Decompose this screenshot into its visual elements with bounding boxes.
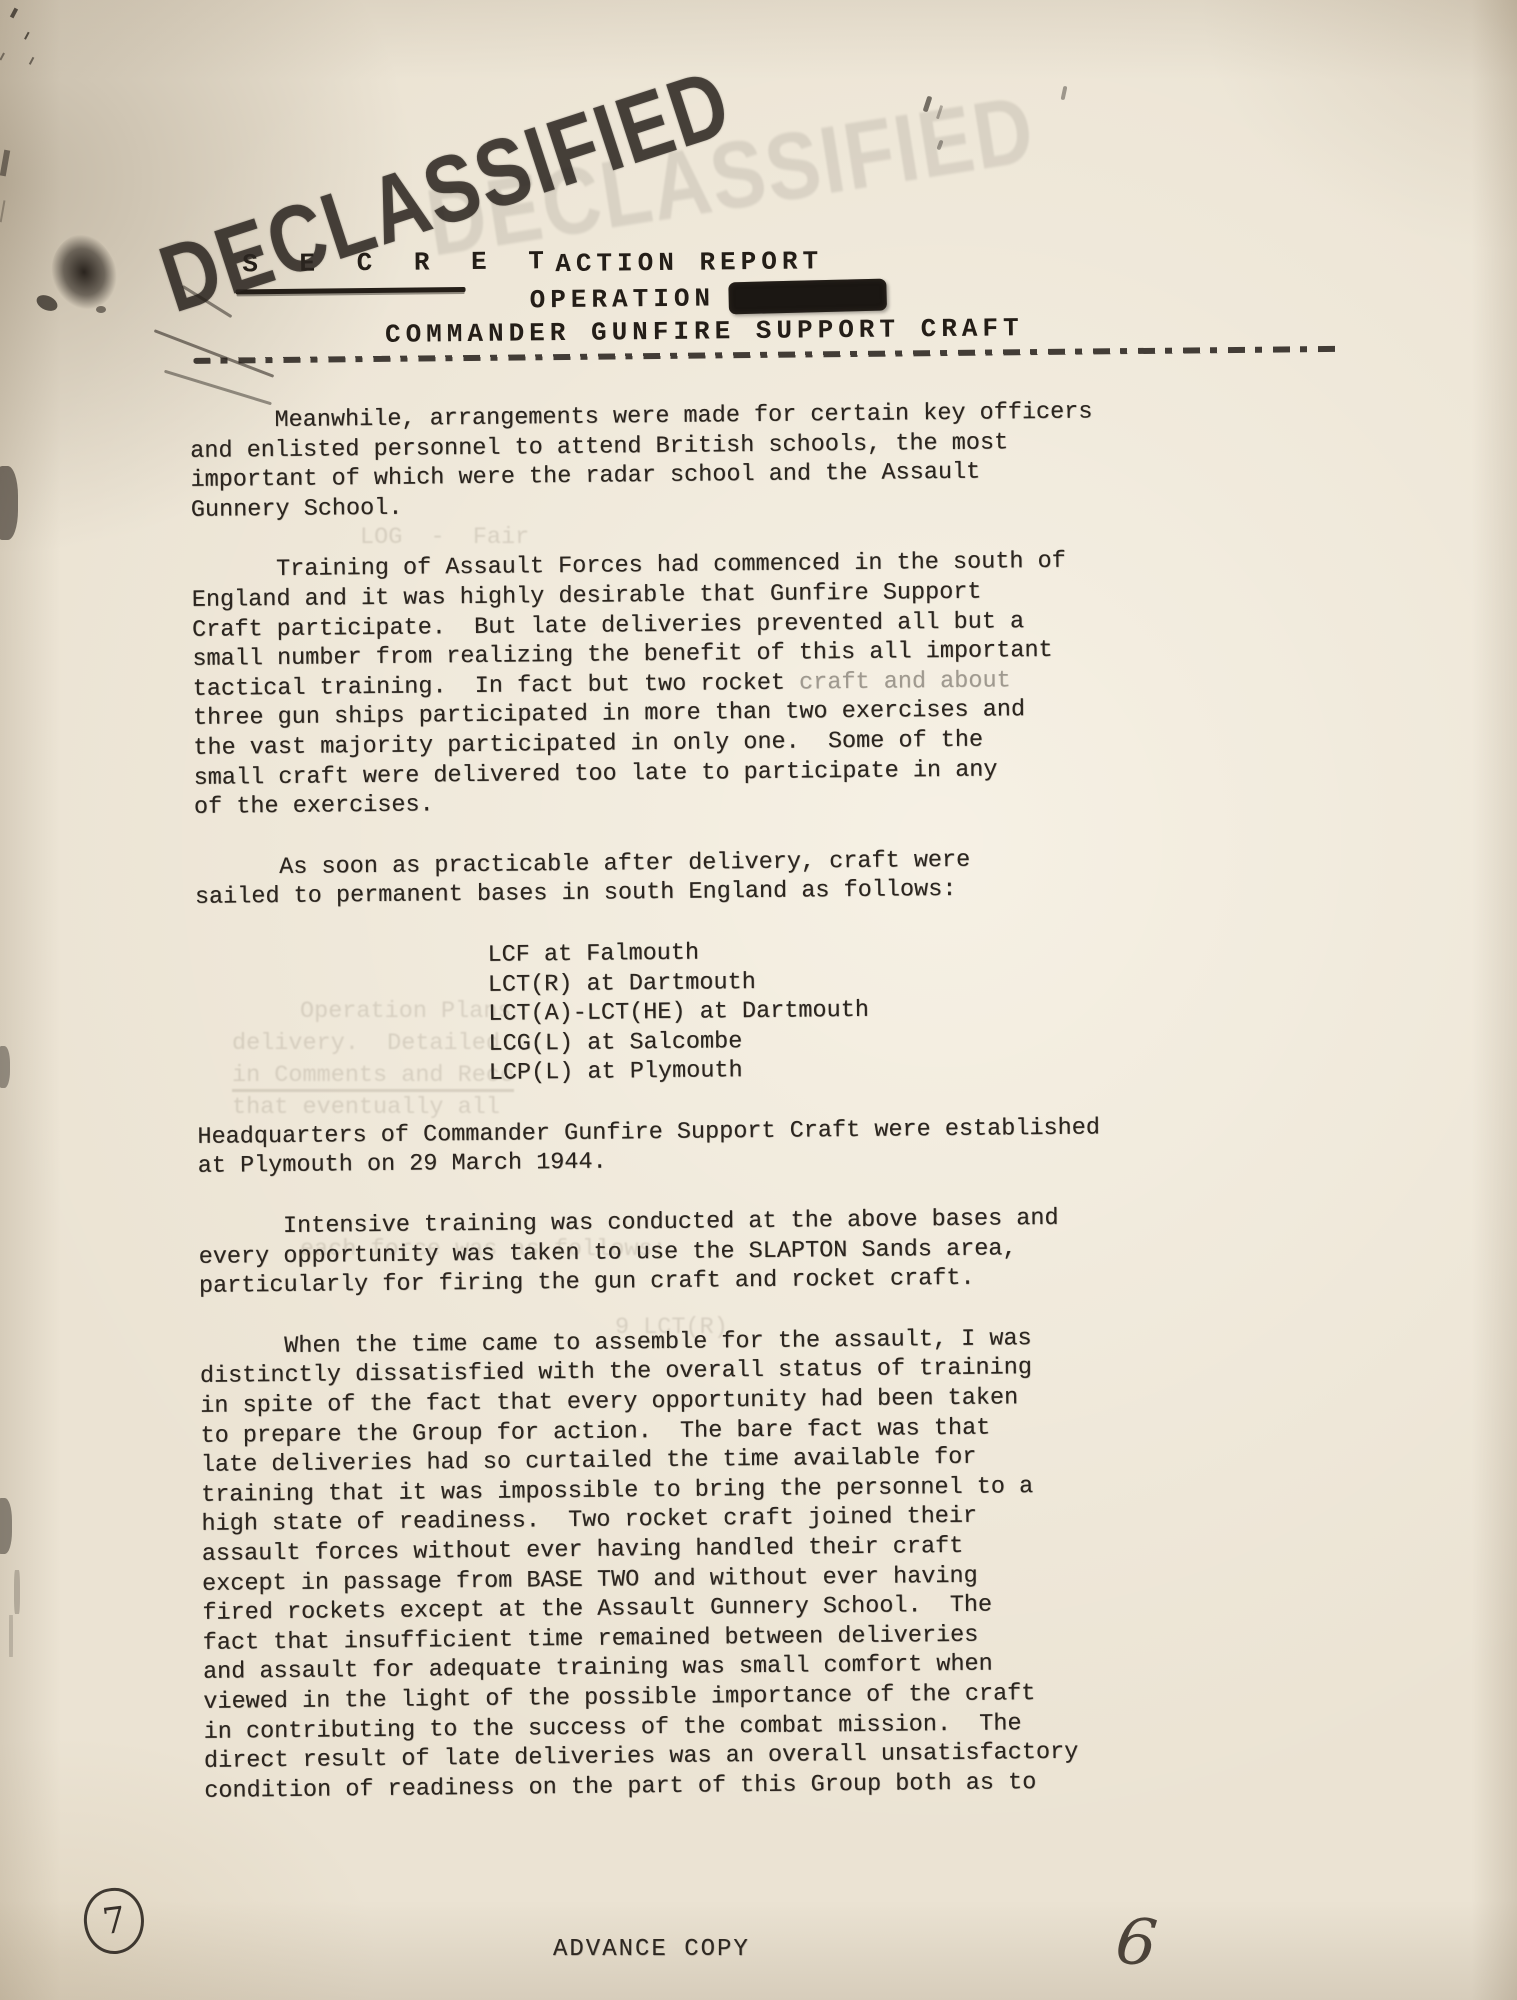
operation-line: OPERATION [529, 280, 887, 316]
paragraph: As soon as practicable after delivery, c… [194, 843, 1195, 913]
document-body: Meanwhile, arrangements were made for ce… [190, 396, 1205, 1837]
paragraph: Intensive training was conducted at the … [198, 1202, 1199, 1301]
paragraph: Training of Assault Forces had commenced… [191, 546, 1194, 823]
advance-copy-label: ADVANCE COPY [553, 1936, 750, 1963]
redaction-bar [729, 279, 888, 315]
operation-label: OPERATION [530, 283, 716, 315]
page-number-handwritten: 6 [1112, 1904, 1160, 1982]
ink-edge-mark [0, 1498, 12, 1554]
ink-smudge [96, 306, 106, 313]
list-item: LCP(L) at Plymouth [489, 1052, 1197, 1089]
dashed-divider [193, 346, 1339, 364]
ink-edge-mark [0, 1046, 10, 1088]
paragraph: Meanwhile, arrangements were made for ce… [190, 396, 1191, 525]
paragraph: When the time came to assemble for the a… [199, 1322, 1204, 1806]
bases-list: LCF at FalmouthLCT(R) at DartmouthLCT(A)… [487, 933, 1197, 1088]
ink-edge-mark [0, 466, 18, 540]
document-page: LOG - Fair Operation Plans delivery. Det… [0, 0, 1517, 2000]
report-subtitle: COMMANDER GUNFIRE SUPPORT CRAFT [385, 313, 1024, 350]
paragraph: Headquarters of Commander Gunfire Suppor… [197, 1112, 1198, 1182]
page-number: 7 [100, 1899, 128, 1942]
